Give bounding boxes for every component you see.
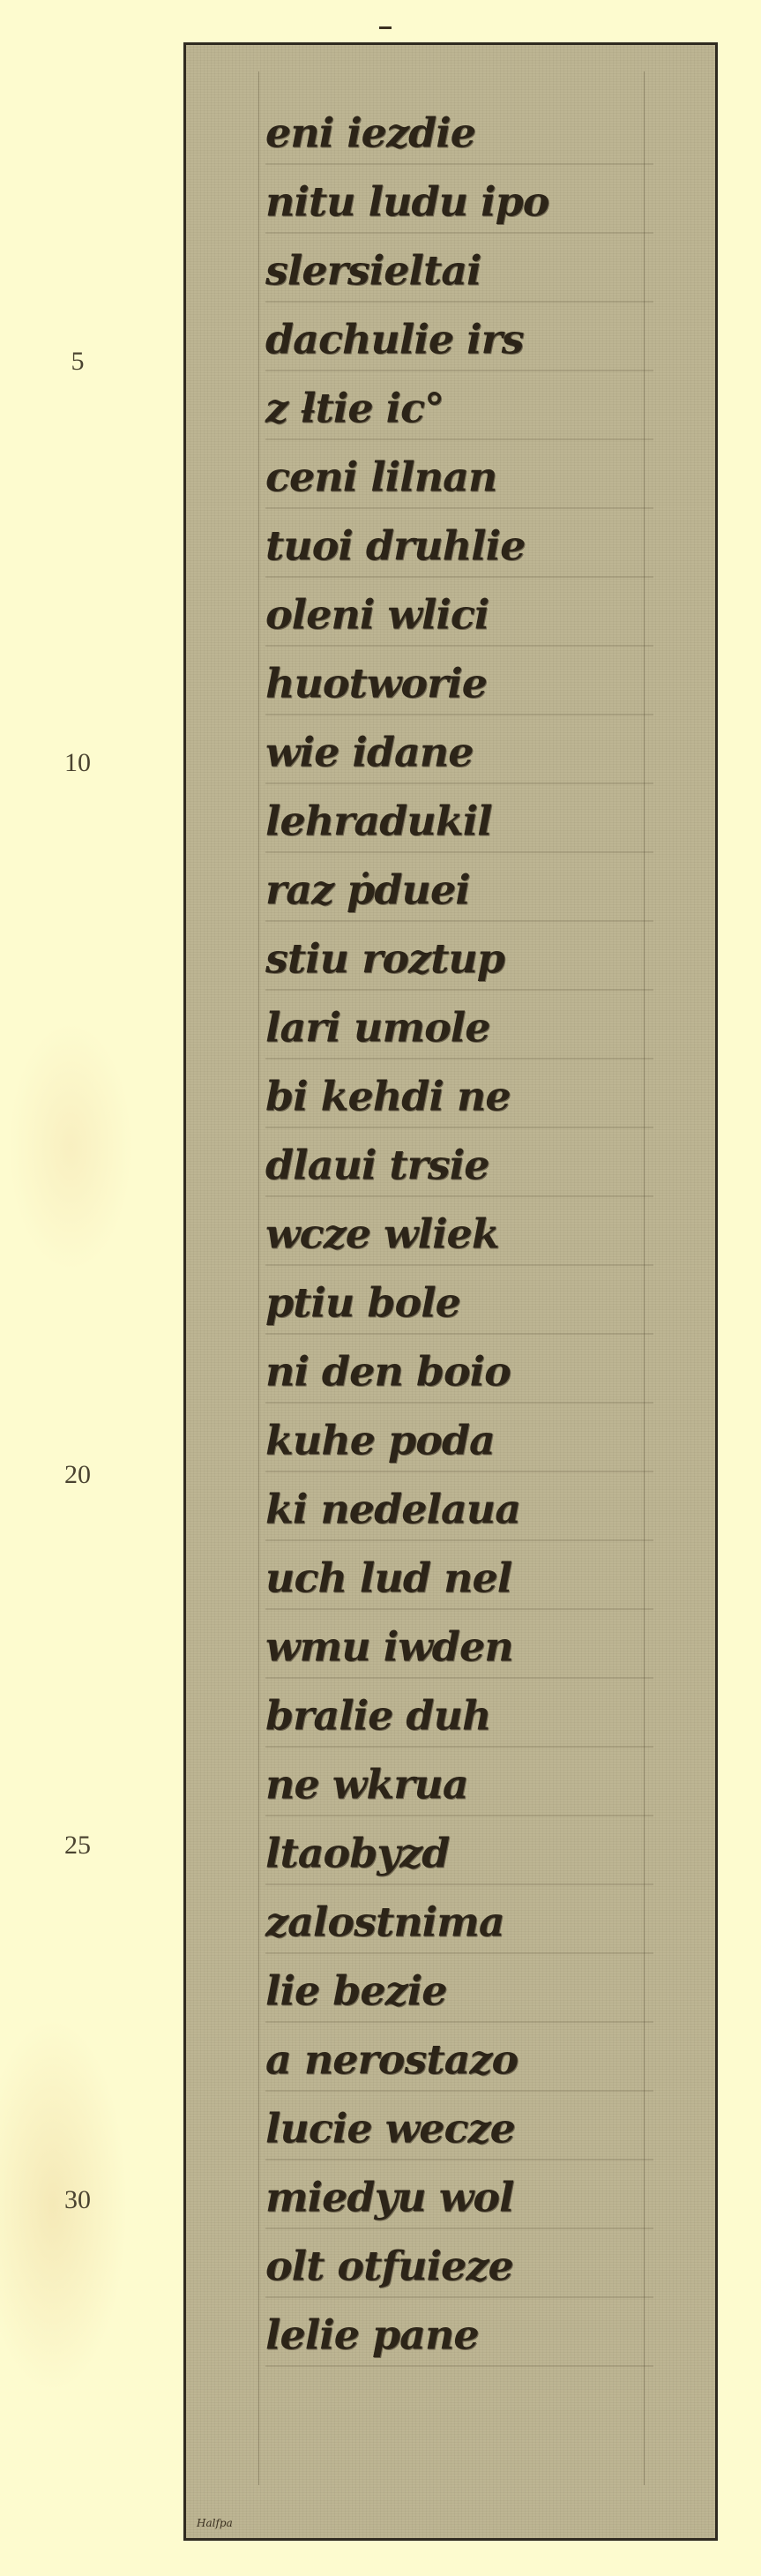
manuscript-line-text: bi kehdi ne <box>265 1073 511 1120</box>
manuscript-line-text: lari umole <box>265 1004 490 1052</box>
manuscript-line-text: ptiu bole <box>265 1279 460 1327</box>
manuscript-line-text: eni iezdie <box>265 109 475 157</box>
manuscript-line-text: a nerostazo <box>265 2036 518 2084</box>
line-number-column: 5 10 20 25 30 <box>0 0 176 2576</box>
manuscript-line: zalostnima <box>265 1891 653 1954</box>
manuscript-line: wmu iwden <box>265 1616 653 1679</box>
line-number-10: 10 <box>51 748 104 778</box>
line-number-25: 25 <box>51 1831 104 1861</box>
manuscript-line: dachulie irs <box>265 309 653 371</box>
manuscript-line: dlaui trsie <box>265 1134 653 1197</box>
manuscript-line-text: lucie wecze <box>265 2105 515 2153</box>
manuscript-line-text: zalostnima <box>265 1898 504 1946</box>
manuscript-line: stiu roztup <box>265 928 653 991</box>
manuscript-line: slersieltai <box>265 240 653 303</box>
manuscript-line-text: kuhe poda <box>265 1417 495 1464</box>
manuscript-line-text: wie idane <box>265 729 474 776</box>
manuscript-line-text: dachulie irs <box>265 316 524 363</box>
manuscript-line: olt otfuieze <box>265 2235 653 2298</box>
manuscript-line-text: uch lud nel <box>265 1554 511 1602</box>
line-number-20: 20 <box>51 1460 104 1490</box>
manuscript-line-text: stiu roztup <box>265 935 504 983</box>
manuscript-line-text: ki nedelaua <box>265 1486 520 1533</box>
line-number-30: 30 <box>51 2185 104 2215</box>
manuscript-line-text: nitu ludu ipo <box>265 178 549 226</box>
top-mark <box>379 26 392 29</box>
manuscript-line: huotworie <box>265 653 653 715</box>
manuscript-line: ki nedelaua <box>265 1479 653 1541</box>
manuscript-line: bralie duh <box>265 1685 653 1748</box>
manuscript-line-text: z ƚtie ic° <box>265 385 444 432</box>
manuscript-line: z ƚtie ic° <box>265 378 653 440</box>
manuscript-line: raz ṗduei <box>265 859 653 922</box>
manuscript-line: lucie wecze <box>265 2098 653 2160</box>
manuscript-line-text: ltaobyzd <box>265 1830 449 1877</box>
engraver-signature: Halfpa <box>197 2517 233 2529</box>
manuscript-line-text: slersieltai <box>265 247 481 295</box>
manuscript-line-text: lie bezie <box>265 1967 447 2015</box>
manuscript-line: ni den boio <box>265 1341 653 1404</box>
manuscript-line: eni iezdie <box>265 102 653 165</box>
manuscript-line-text: ni den boio <box>265 1348 511 1396</box>
manuscript-line-text: dlaui trsie <box>265 1142 489 1189</box>
manuscript-line: ne wkrua <box>265 1754 653 1816</box>
manuscript-facsimile: eni iezdienitu ludu iposlersieltaidachul… <box>183 42 718 2541</box>
manuscript-line-text: wcze wliek <box>265 1210 499 1258</box>
manuscript-line: lelie pane <box>265 2304 653 2367</box>
manuscript-line-text: ne wkrua <box>265 1761 468 1808</box>
manuscript-line: lie bezie <box>265 1960 653 2023</box>
manuscript-line: wcze wliek <box>265 1203 653 1266</box>
manuscript-line-text: olt otfuieze <box>265 2243 513 2290</box>
manuscript-line: tuoi druhlie <box>265 515 653 578</box>
manuscript-line: lari umole <box>265 997 653 1060</box>
manuscript-text: eni iezdienitu ludu iposlersieltaidachul… <box>186 45 715 2538</box>
manuscript-line-text: bralie duh <box>265 1692 491 1740</box>
manuscript-line: ceni lilnan <box>265 446 653 509</box>
manuscript-line: bi kehdi ne <box>265 1066 653 1128</box>
manuscript-line: miedyu wol <box>265 2167 653 2229</box>
manuscript-line: uch lud nel <box>265 1547 653 1610</box>
manuscript-line-text: oleni wlici <box>265 591 489 639</box>
manuscript-line: ptiu bole <box>265 1272 653 1335</box>
manuscript-line: nitu ludu ipo <box>265 171 653 234</box>
manuscript-line: a nerostazo <box>265 2029 653 2092</box>
manuscript-line-text: tuoi druhlie <box>265 522 525 570</box>
manuscript-line-text: miedyu wol <box>265 2174 514 2221</box>
manuscript-line: lehradukil <box>265 790 653 853</box>
manuscript-line: wie idane <box>265 722 653 784</box>
manuscript-line-text: huotworie <box>265 660 487 708</box>
manuscript-line-text: raz ṗduei <box>265 866 470 914</box>
manuscript-line: oleni wlici <box>265 584 653 647</box>
manuscript-line: kuhe poda <box>265 1410 653 1472</box>
manuscript-line: ltaobyzd <box>265 1823 653 1885</box>
manuscript-line-text: lelie pane <box>265 2311 479 2359</box>
manuscript-line-text: ceni lilnan <box>265 453 496 501</box>
manuscript-line-text: wmu iwden <box>265 1623 513 1671</box>
line-number-5: 5 <box>51 347 104 377</box>
manuscript-line-text: lehradukil <box>265 798 492 845</box>
